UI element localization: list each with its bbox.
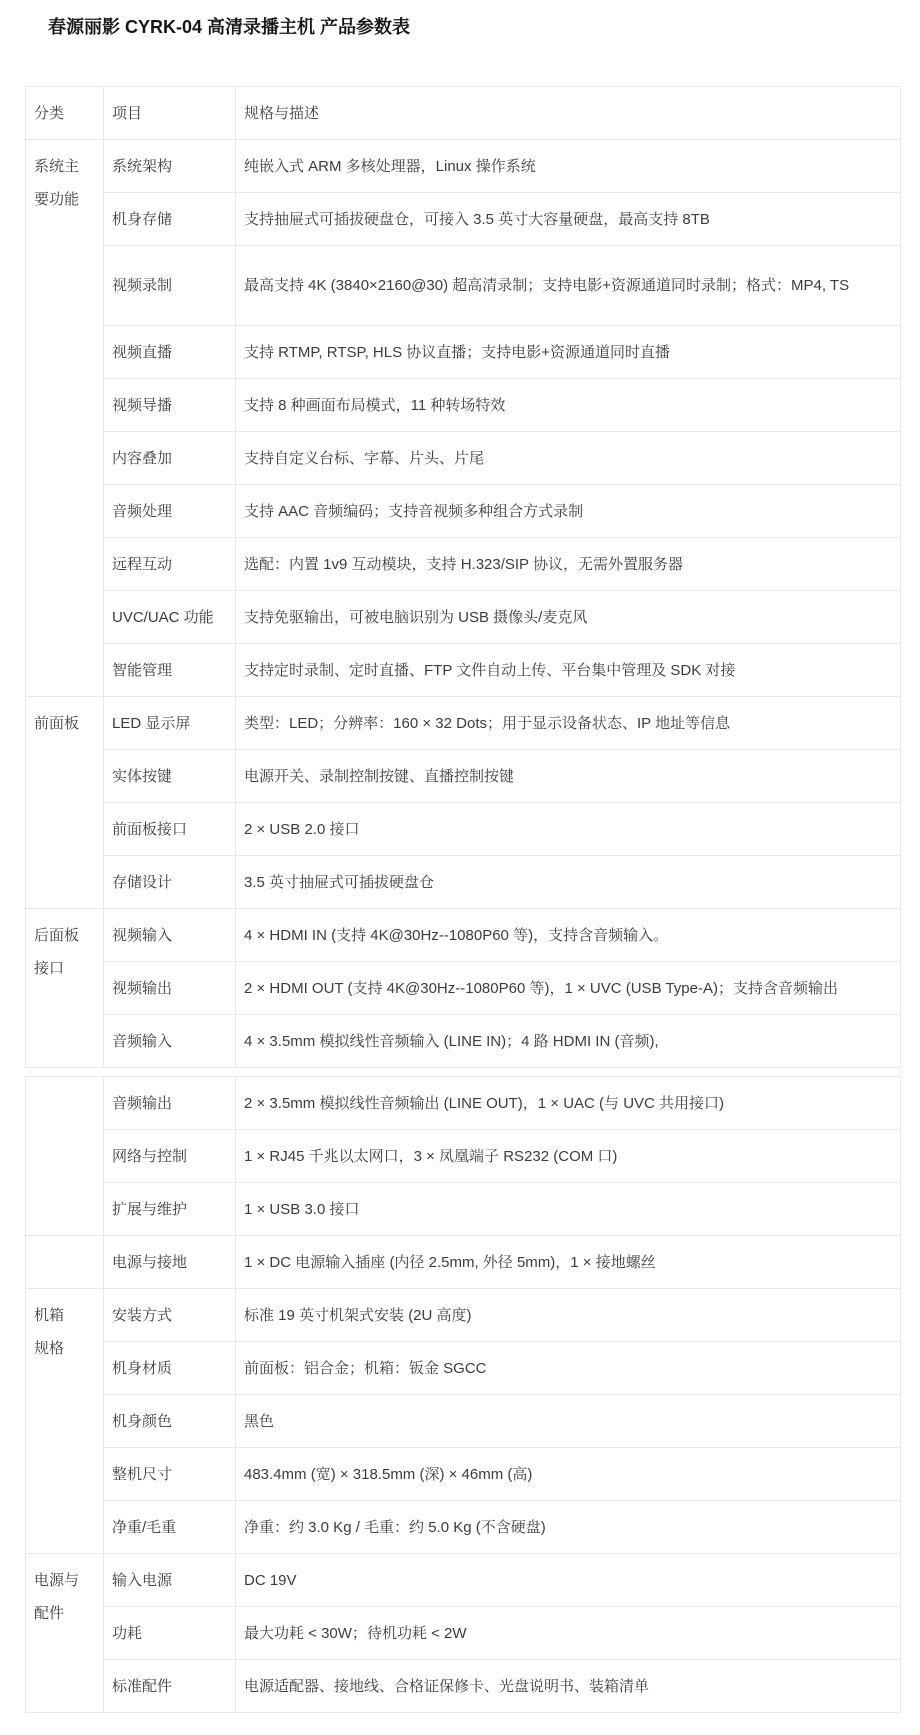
item-cell: 净重/毛重 xyxy=(104,1501,236,1554)
table-row: 音频输出2 × 3.5mm 模拟线性音频输出 (LINE OUT)，1 × UA… xyxy=(26,1077,901,1130)
item-cell: 系统架构 xyxy=(104,140,236,193)
item-cell: 输入电源 xyxy=(104,1554,236,1607)
spec-cell: 2 × HDMI OUT (支持 4K@30Hz--1080P60 等)，1 ×… xyxy=(236,962,901,1015)
spec-cell: DC 19V xyxy=(236,1554,901,1607)
spec-cell: 4 × HDMI IN (支持 4K@30Hz--1080P60 等)，支持含音… xyxy=(236,909,901,962)
item-cell: 标准配件 xyxy=(104,1660,236,1713)
item-cell: 实体按键 xyxy=(104,750,236,803)
spec-cell: 483.4mm (宽) × 318.5mm (深) × 46mm (高) xyxy=(236,1448,901,1501)
spec-cell: 支持 RTMP, RTSP, HLS 协议直播；支持电影+资源通道同时直播 xyxy=(236,326,901,379)
table-row: 视频导播支持 8 种画面布局模式，11 种转场特效 xyxy=(26,379,901,432)
spec-cell: 纯嵌入式 ARM 多核处理器，Linux 操作系统 xyxy=(236,140,901,193)
item-cell: 音频处理 xyxy=(104,485,236,538)
item-cell: 前面板接口 xyxy=(104,803,236,856)
spec-cell: 电源开关、录制控制按键、直播控制按键 xyxy=(236,750,901,803)
table-row: 整机尺寸483.4mm (宽) × 318.5mm (深) × 46mm (高) xyxy=(26,1448,901,1501)
table-row: 前面板LED 显示屏类型：LED；分辨率：160 × 32 Dots；用于显示设… xyxy=(26,697,901,750)
spec-cell: 1 × USB 3.0 接口 xyxy=(236,1183,901,1236)
spec-cell: 2 × 3.5mm 模拟线性音频输出 (LINE OUT)，1 × UAC (与… xyxy=(236,1077,901,1130)
spec-cell: 支持自定义台标、字幕、片头、片尾 xyxy=(236,432,901,485)
table-row: 电源与接地1 × DC 电源输入插座 (内径 2.5mm, 外径 5mm)，1 … xyxy=(26,1236,901,1289)
item-cell: 视频直播 xyxy=(104,326,236,379)
category-cell: 系统主 要功能 xyxy=(26,140,104,697)
spec-cell: 支持抽屉式可插拔硬盘仓，可接入 3.5 英寸大容量硬盘，最高支持 8TB xyxy=(236,193,901,246)
item-cell: 存储设计 xyxy=(104,856,236,909)
item-cell: 网络与控制 xyxy=(104,1130,236,1183)
product-spec-page: 春源丽影 CYRK-04 高清录播主机 产品参数表 分类 项目 规格与描述 系统… xyxy=(0,0,920,1735)
table-row: 功耗最大功耗 < 30W；待机功耗 < 2W xyxy=(26,1607,901,1660)
item-cell: 机身存储 xyxy=(104,193,236,246)
spec-cell: 3.5 英寸抽屉式可插拔硬盘仓 xyxy=(236,856,901,909)
spec-cell: 类型：LED；分辨率：160 × 32 Dots；用于显示设备状态、IP 地址等… xyxy=(236,697,901,750)
spec-cell: 1 × RJ45 千兆以太网口，3 × 凤凰端子 RS232 (COM 口) xyxy=(236,1130,901,1183)
table-row: 实体按键电源开关、录制控制按键、直播控制按键 xyxy=(26,750,901,803)
table-row: 标准配件电源适配器、接地线、合格证保修卡、光盘说明书、装箱清单 xyxy=(26,1660,901,1713)
item-cell: 音频输入 xyxy=(104,1015,236,1068)
spec-cell: 2 × USB 2.0 接口 xyxy=(236,803,901,856)
item-cell: 电源与接地 xyxy=(104,1236,236,1289)
item-cell: 机身颜色 xyxy=(104,1395,236,1448)
item-cell: 机身材质 xyxy=(104,1342,236,1395)
item-cell: 远程互动 xyxy=(104,538,236,591)
item-cell: 视频导播 xyxy=(104,379,236,432)
table-row: 机身存储支持抽屉式可插拔硬盘仓，可接入 3.5 英寸大容量硬盘，最高支持 8TB xyxy=(26,193,901,246)
table-row: UVC/UAC 功能支持免驱输出，可被电脑识别为 USB 摄像头/麦克风 xyxy=(26,591,901,644)
table-row: 音频处理支持 AAC 音频编码；支持音视频多种组合方式录制 xyxy=(26,485,901,538)
item-cell: 视频输出 xyxy=(104,962,236,1015)
table-row: 视频录制最高支持 4K (3840×2160@30) 超高清录制；支持电影+资源… xyxy=(26,246,901,326)
spec-cell: 支持免驱输出，可被电脑识别为 USB 摄像头/麦克风 xyxy=(236,591,901,644)
table-row: 后面板 接口视频输入4 × HDMI IN (支持 4K@30Hz--1080P… xyxy=(26,909,901,962)
spec-cell: 净重：约 3.0 Kg / 毛重：约 5.0 Kg (不含硬盘) xyxy=(236,1501,901,1554)
table-row: 视频直播支持 RTMP, RTSP, HLS 协议直播；支持电影+资源通道同时直… xyxy=(26,326,901,379)
table-row: 智能管理支持定时录制、定时直播、FTP 文件自动上传、平台集中管理及 SDK 对… xyxy=(26,644,901,697)
column-header-category: 分类 xyxy=(26,87,104,140)
item-cell: 功耗 xyxy=(104,1607,236,1660)
spec-cell: 4 × 3.5mm 模拟线性音频输入 (LINE IN)；4 路 HDMI IN… xyxy=(236,1015,901,1068)
spec-cell: 前面板：铝合金；机箱：钣金 SGCC xyxy=(236,1342,901,1395)
spec-cell: 黑色 xyxy=(236,1395,901,1448)
table-row: 电源与 配件输入电源DC 19V xyxy=(26,1554,901,1607)
table-row: 机箱 规格安装方式标准 19 英寸机架式安装 (2U 高度) xyxy=(26,1289,901,1342)
category-cell xyxy=(26,1236,104,1289)
table-row: 系统主 要功能系统架构纯嵌入式 ARM 多核处理器，Linux 操作系统 xyxy=(26,140,901,193)
table-row: 净重/毛重净重：约 3.0 Kg / 毛重：约 5.0 Kg (不含硬盘) xyxy=(26,1501,901,1554)
item-cell: UVC/UAC 功能 xyxy=(104,591,236,644)
item-cell: 视频输入 xyxy=(104,909,236,962)
spec-cell: 最大功耗 < 30W；待机功耗 < 2W xyxy=(236,1607,901,1660)
category-cell: 电源与 配件 xyxy=(26,1554,104,1713)
column-header-item: 项目 xyxy=(104,87,236,140)
item-cell: 扩展与维护 xyxy=(104,1183,236,1236)
spec-cell: 支持 8 种画面布局模式，11 种转场特效 xyxy=(236,379,901,432)
item-cell: 音频输出 xyxy=(104,1077,236,1130)
spec-cell: 标准 19 英寸机架式安装 (2U 高度) xyxy=(236,1289,901,1342)
item-cell: 整机尺寸 xyxy=(104,1448,236,1501)
page-title: 春源丽影 CYRK-04 高清录播主机 产品参数表 xyxy=(0,0,920,39)
header-row: 分类 项目 规格与描述 xyxy=(26,87,901,140)
table-row: 机身材质前面板：铝合金；机箱：钣金 SGCC xyxy=(26,1342,901,1395)
item-cell: 内容叠加 xyxy=(104,432,236,485)
spec-cell: 1 × DC 电源输入插座 (内径 2.5mm, 外径 5mm)，1 × 接地螺… xyxy=(236,1236,901,1289)
spec-cell: 电源适配器、接地线、合格证保修卡、光盘说明书、装箱清单 xyxy=(236,1660,901,1713)
spec-cell: 最高支持 4K (3840×2160@30) 超高清录制；支持电影+资源通道同时… xyxy=(236,246,901,326)
table-row: 网络与控制1 × RJ45 千兆以太网口，3 × 凤凰端子 RS232 (COM… xyxy=(26,1130,901,1183)
table-row: 内容叠加支持自定义台标、字幕、片头、片尾 xyxy=(26,432,901,485)
category-cell: 机箱 规格 xyxy=(26,1289,104,1554)
item-cell: LED 显示屏 xyxy=(104,697,236,750)
spec-table-continued: 音频输出2 × 3.5mm 模拟线性音频输出 (LINE OUT)，1 × UA… xyxy=(25,1076,901,1713)
table-row: 存储设计3.5 英寸抽屉式可插拔硬盘仓 xyxy=(26,856,901,909)
column-header-spec: 规格与描述 xyxy=(236,87,901,140)
category-cell: 前面板 xyxy=(26,697,104,909)
category-cell xyxy=(26,1077,104,1236)
spec-cell: 支持定时录制、定时直播、FTP 文件自动上传、平台集中管理及 SDK 对接 xyxy=(236,644,901,697)
item-cell: 安装方式 xyxy=(104,1289,236,1342)
table-row: 视频输出2 × HDMI OUT (支持 4K@30Hz--1080P60 等)… xyxy=(26,962,901,1015)
category-cell: 后面板 接口 xyxy=(26,909,104,1068)
spec-table-main: 分类 项目 规格与描述 系统主 要功能系统架构纯嵌入式 ARM 多核处理器，Li… xyxy=(25,86,901,1068)
item-cell: 智能管理 xyxy=(104,644,236,697)
spec-cell: 支持 AAC 音频编码；支持音视频多种组合方式录制 xyxy=(236,485,901,538)
table-row: 扩展与维护1 × USB 3.0 接口 xyxy=(26,1183,901,1236)
table-row: 远程互动选配：内置 1v9 互动模块，支持 H.323/SIP 协议，无需外置服… xyxy=(26,538,901,591)
item-cell: 视频录制 xyxy=(104,246,236,326)
table-row: 前面板接口2 × USB 2.0 接口 xyxy=(26,803,901,856)
table-row: 音频输入4 × 3.5mm 模拟线性音频输入 (LINE IN)；4 路 HDM… xyxy=(26,1015,901,1068)
spec-cell: 选配：内置 1v9 互动模块，支持 H.323/SIP 协议，无需外置服务器 xyxy=(236,538,901,591)
table-row: 机身颜色黑色 xyxy=(26,1395,901,1448)
